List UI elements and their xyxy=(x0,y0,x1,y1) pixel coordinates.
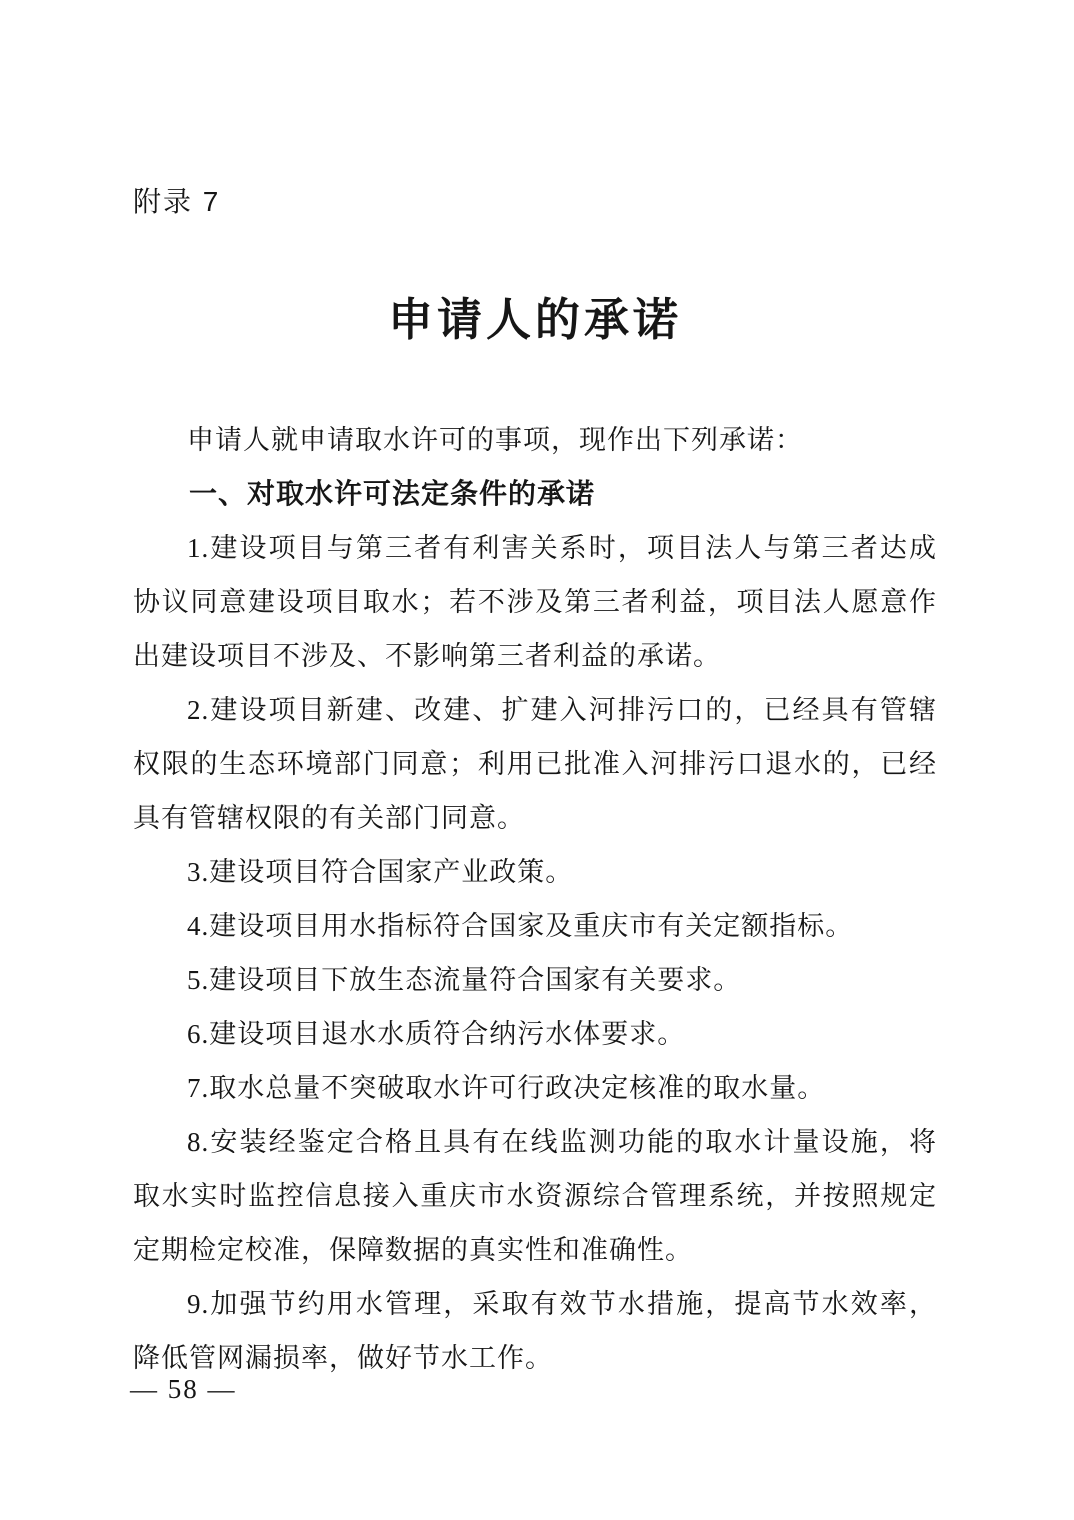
commitment-item-5: 5.建设项目下放生态流量符合国家有关要求。 xyxy=(133,953,937,1007)
commitment-item-4: 4.建设项目用水指标符合国家及重庆市有关定额指标。 xyxy=(133,899,937,953)
page-title: 申请人的承诺 xyxy=(133,293,937,347)
commitment-item-3: 3.建设项目符合国家产业政策。 xyxy=(133,845,937,899)
document-content: 附录 7 申请人的承诺 申请人就申请取水许可的事项，现作出下列承诺： 一、对取水… xyxy=(133,185,937,1385)
appendix-label: 附录 7 xyxy=(133,185,937,219)
section-heading: 一、对取水许可法定条件的承诺 xyxy=(133,467,937,521)
commitment-item-2: 2.建设项目新建、改建、扩建入河排污口的，已经具有管辖权限的生态环境部门同意；利… xyxy=(133,683,937,845)
intro-paragraph: 申请人就申请取水许可的事项，现作出下列承诺： xyxy=(133,413,937,467)
commitment-item-6: 6.建设项目退水水质符合纳污水体要求。 xyxy=(133,1007,937,1061)
page-number: — 58 — xyxy=(130,1362,237,1416)
commitment-item-9: 9.加强节约用水管理，采取有效节水措施，提高节水效率，降低管网漏损率，做好节水工… xyxy=(133,1277,937,1385)
commitment-item-8: 8.安装经鉴定合格且具有在线监测功能的取水计量设施，将取水实时监控信息接入重庆市… xyxy=(133,1115,937,1277)
commitment-item-7: 7.取水总量不突破取水许可行政决定核准的取水量。 xyxy=(133,1061,937,1115)
document-page: 附录 7 申请人的承诺 申请人就申请取水许可的事项，现作出下列承诺： 一、对取水… xyxy=(0,0,1074,1520)
document-body: 申请人就申请取水许可的事项，现作出下列承诺： 一、对取水许可法定条件的承诺 1.… xyxy=(133,413,937,1385)
commitment-item-1: 1.建设项目与第三者有利害关系时，项目法人与第三者达成协议同意建设项目取水；若不… xyxy=(133,521,937,683)
